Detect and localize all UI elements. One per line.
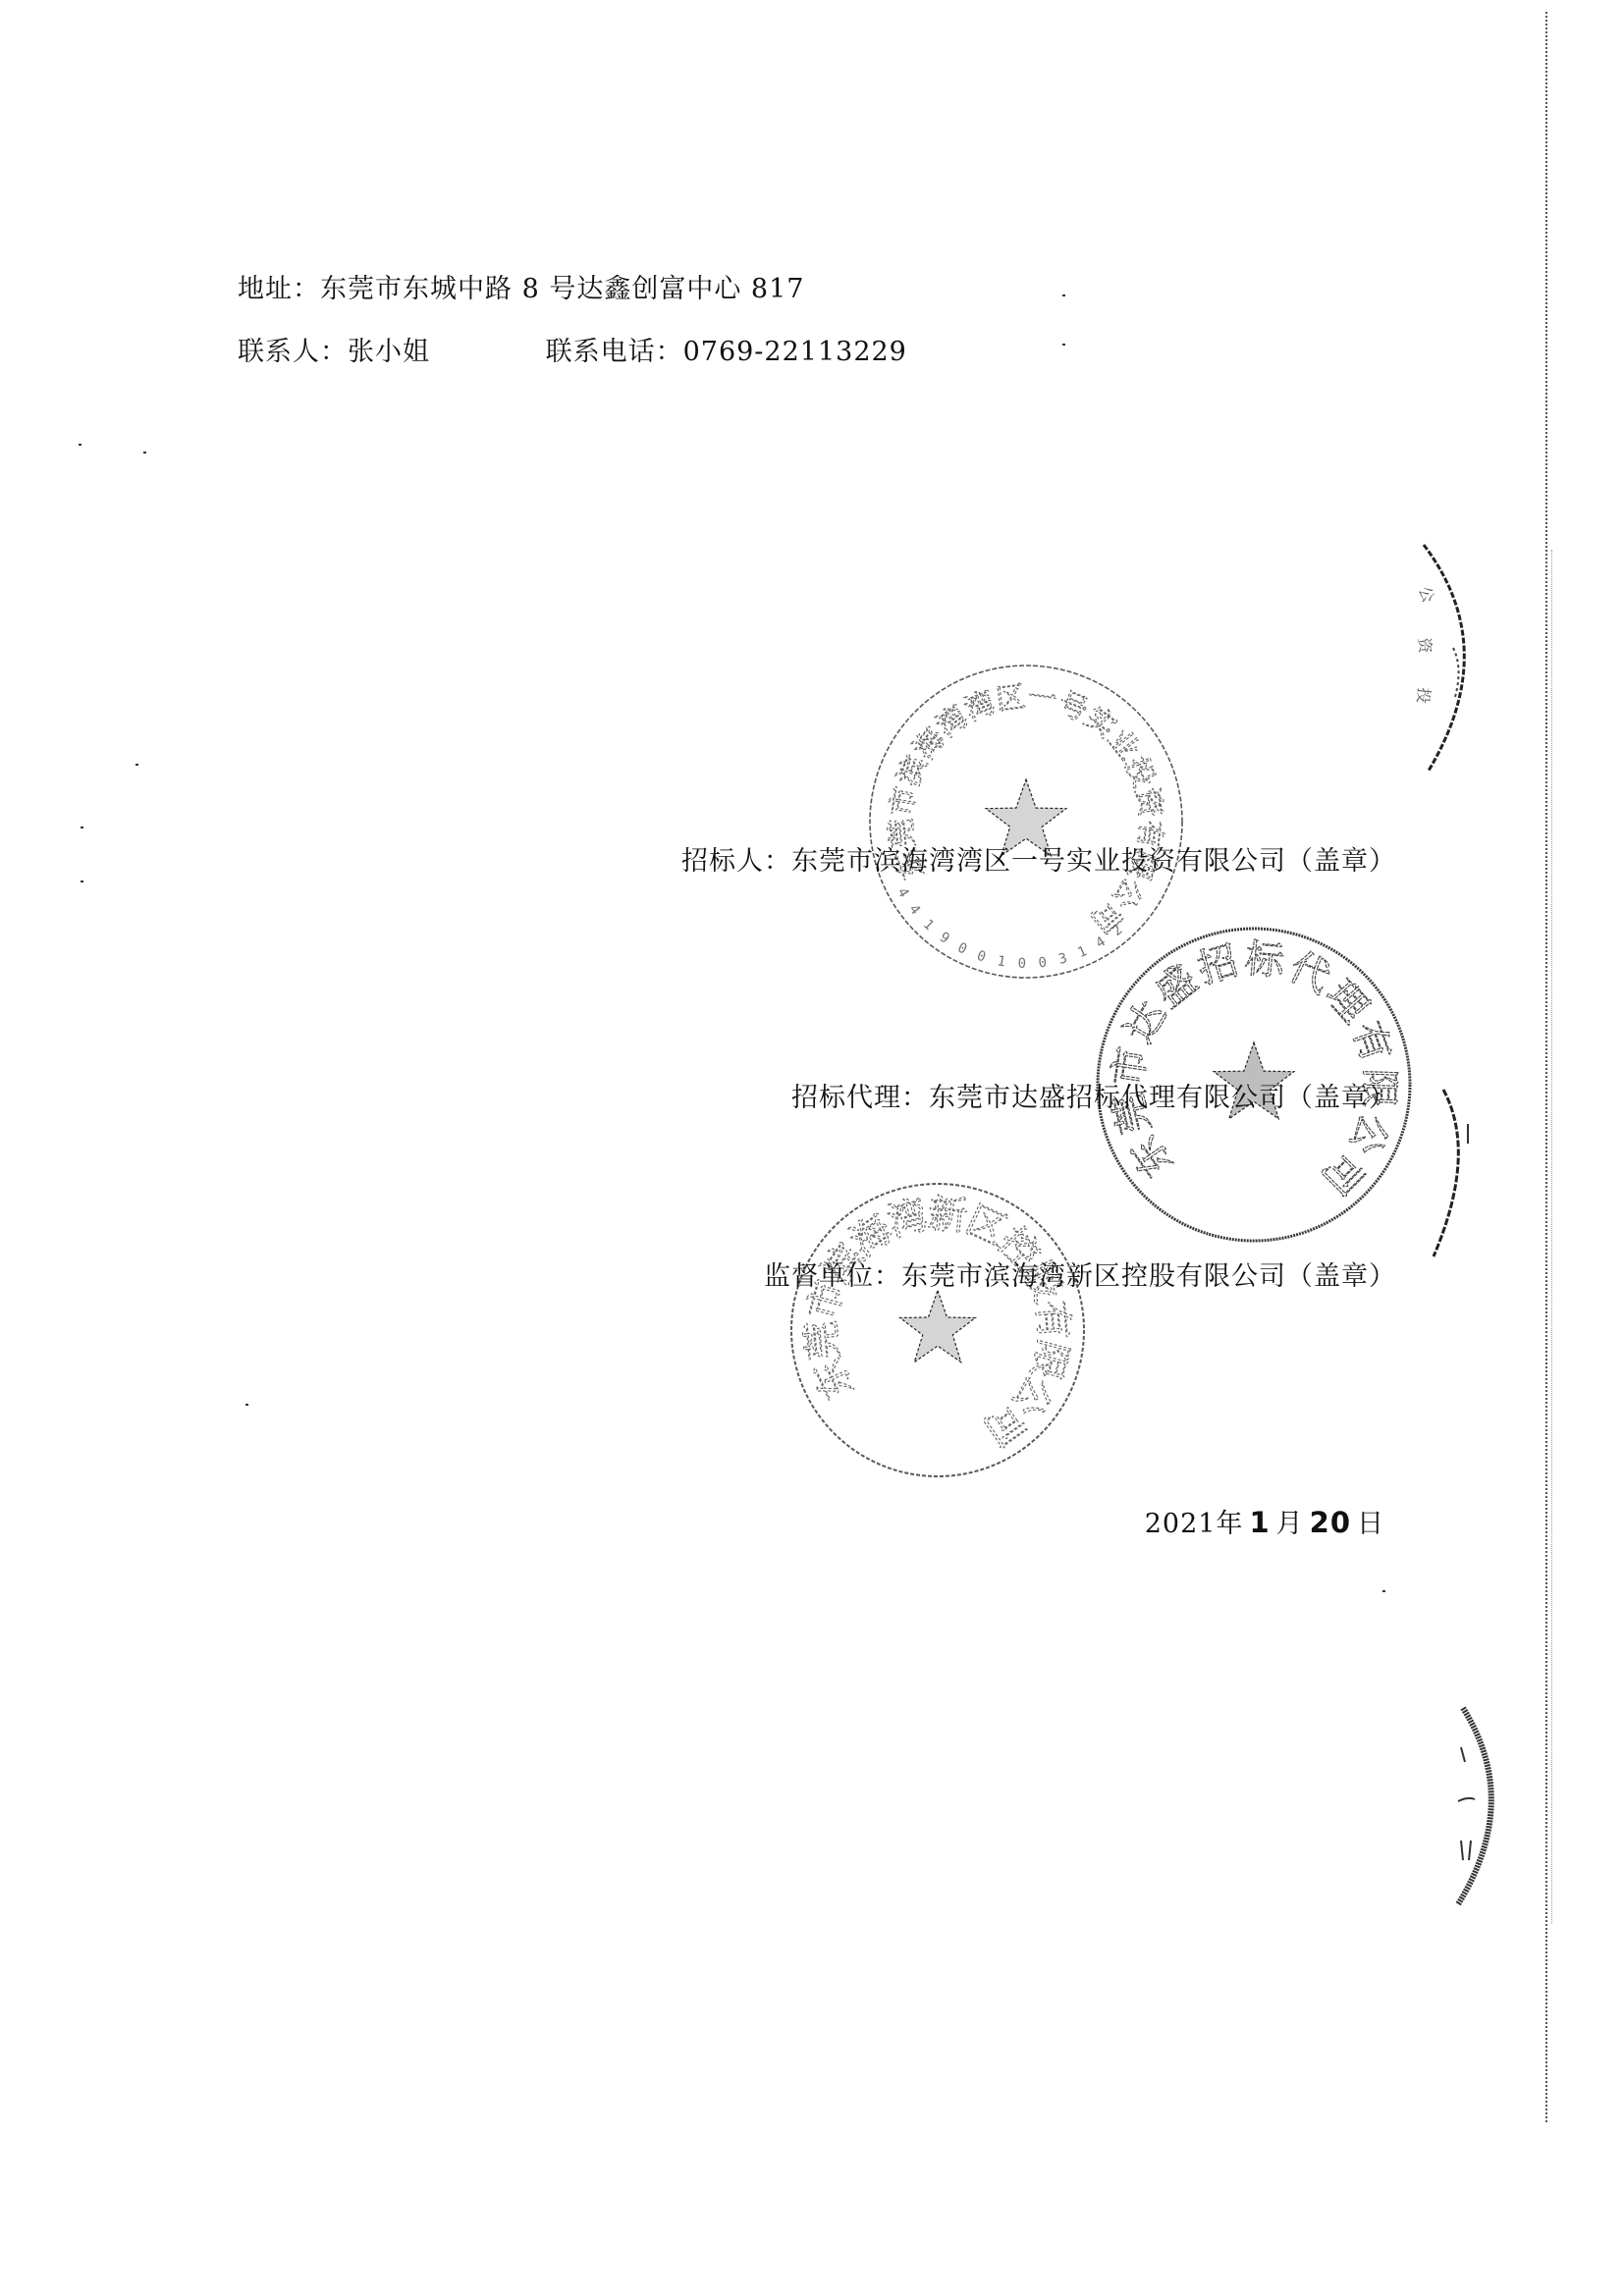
partial-seal-arc-middle — [1424, 1085, 1483, 1265]
date-year-unit: 年 — [1216, 1509, 1243, 1539]
contact-person-label: 联系人： — [238, 337, 348, 367]
signature-entity: 东莞市达盛招标代理有限公司 — [929, 1083, 1286, 1113]
signature-role-label: 监督单位： — [764, 1261, 901, 1292]
date-year: 2021 — [1145, 1509, 1217, 1539]
scan-speck — [79, 444, 81, 446]
svg-text:东: 东 — [1122, 1127, 1182, 1185]
partial-seal-arc-bottom — [1453, 1703, 1522, 1913]
svg-text:0: 0 — [975, 948, 988, 966]
scan-edge-line-secondary — [1551, 550, 1552, 1924]
svg-text:1: 1 — [1075, 943, 1089, 961]
date-month-unit: 月 — [1276, 1509, 1304, 1539]
svg-text:9: 9 — [937, 930, 952, 947]
partial-seal-arc-top: 公 资 投 — [1414, 540, 1522, 779]
scan-speck — [81, 827, 83, 828]
signature-tenderer: 招标人：东莞市滨海湾湾区一号实业投资有限公司（盖章） — [681, 839, 1396, 878]
signature-note: （盖章） — [1286, 1083, 1396, 1113]
contact-line: 联系人：张小姐 联系电话：0769-22113229 — [238, 330, 907, 368]
svg-text:公: 公 — [1415, 584, 1437, 606]
svg-text:区: 区 — [994, 680, 1027, 718]
scan-speck — [81, 881, 83, 882]
svg-text:0: 0 — [1017, 956, 1026, 972]
contact-person: 张小姐 — [348, 337, 430, 367]
scan-speck — [1382, 1590, 1385, 1592]
date-day-handwritten: 20 — [1310, 1506, 1351, 1539]
scan-speck — [143, 452, 146, 454]
scan-speck — [1062, 294, 1065, 296]
signature-supervisor: 监督单位：东莞市滨海湾新区控股有限公司（盖章） — [764, 1255, 1396, 1293]
svg-text:0: 0 — [955, 940, 970, 958]
supervisor-seal-stamp: 东莞市滨海湾新区控股有限公司 — [785, 1178, 1090, 1482]
svg-text:1: 1 — [920, 917, 937, 934]
date-month-handwritten: 1 — [1249, 1506, 1270, 1539]
svg-text:资: 资 — [1129, 785, 1167, 821]
scan-speck — [1062, 344, 1065, 346]
svg-text:招: 招 — [1193, 938, 1244, 993]
svg-text:0: 0 — [1038, 955, 1048, 972]
address-value: 东莞市东城中路 8 号达鑫创富中心 817 — [320, 274, 804, 304]
scan-speck — [135, 764, 138, 766]
date-day-unit: 日 — [1357, 1509, 1384, 1539]
contact-phone-label: 联系电话： — [546, 337, 683, 367]
signature-note: （盖章） — [1286, 846, 1396, 877]
date-line: 2021年1月20日 — [1145, 1502, 1384, 1540]
svg-text:4: 4 — [893, 885, 911, 900]
address-label: 地址： — [238, 274, 320, 304]
svg-text:1: 1 — [996, 953, 1006, 970]
signature-entity: 东莞市滨海湾新区控股有限公司 — [901, 1261, 1286, 1292]
svg-text:资: 资 — [1415, 637, 1435, 656]
signature-role-label: 招标代理： — [791, 1083, 929, 1113]
signature-note: （盖章） — [1286, 1261, 1396, 1292]
signature-entity: 东莞市滨海湾湾区一号实业投资有限公司 — [791, 846, 1286, 877]
signature-agent: 招标代理：东莞市达盛招标代理有限公司（盖章） — [791, 1076, 1396, 1114]
svg-text:3: 3 — [1056, 950, 1068, 968]
svg-text:投: 投 — [1414, 687, 1434, 705]
svg-text:4: 4 — [905, 902, 923, 919]
address-line: 地址：东莞市东城中路 8 号达鑫创富中心 817 — [238, 267, 804, 305]
svg-text:标: 标 — [1243, 936, 1288, 985]
scan-edge-line — [1545, 12, 1547, 2122]
contact-phone: 0769-22113229 — [683, 337, 907, 367]
scan-speck — [245, 1404, 248, 1406]
signature-role-label: 招标人： — [681, 846, 791, 877]
